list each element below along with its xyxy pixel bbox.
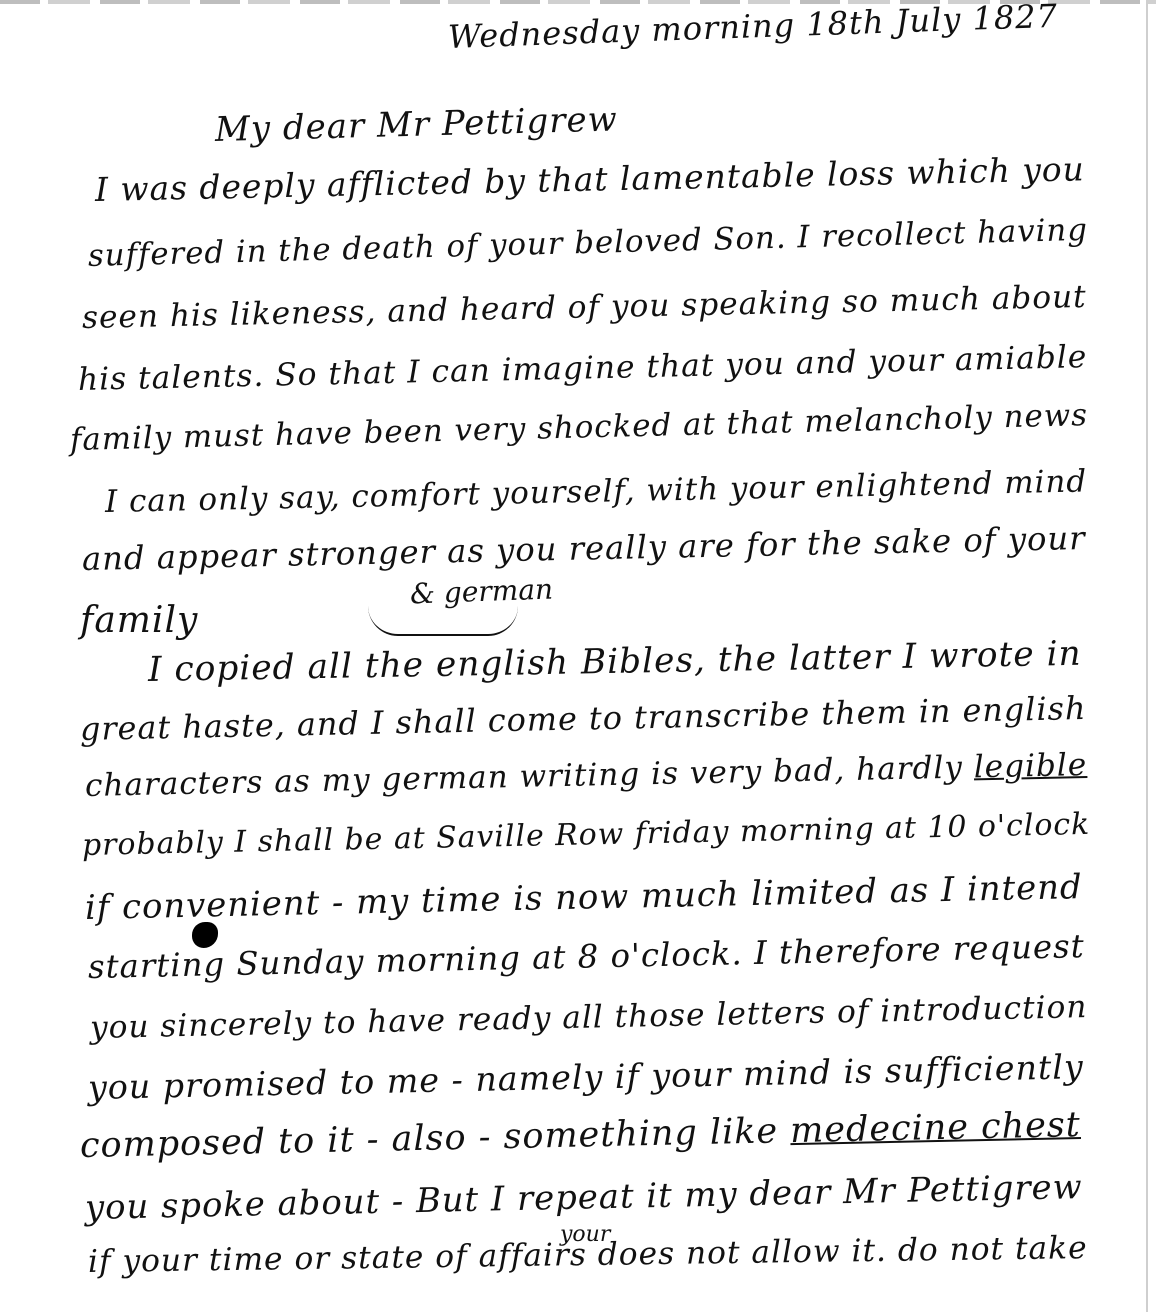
letter-line-18: you spoke about - But I repeat it my dea… — [85, 1167, 1083, 1227]
letter-line-6: I can only say, comfort yourself, with y… — [105, 463, 1088, 520]
letter-line-5: family must have been very shocked at th… — [70, 397, 1089, 458]
letter-line-2: suffered in the death of your beloved So… — [88, 212, 1089, 274]
ink-blot — [192, 922, 218, 948]
letter-line-9: I copied all the english Bibles, the lat… — [148, 634, 1082, 690]
letter-line-1: I was deeply afflicted by that lamentabl… — [95, 149, 1086, 209]
letter-line-16: you promised to me - namely if your mind… — [88, 1047, 1084, 1107]
letter-line-8: family — [80, 600, 198, 641]
letter-line-14: starting Sunday morning at 8 o'clock. I … — [88, 927, 1085, 986]
letter-line-19: if your time or state of affairs does no… — [88, 1230, 1088, 1280]
letter-line-10: great haste, and I shall come to transcr… — [80, 689, 1087, 748]
insertion-caret-mark — [368, 606, 518, 636]
letter-line-4: his talents. So that I can imagine that … — [78, 339, 1088, 398]
insertion-german: & german — [409, 573, 553, 611]
letter-page: Wednesday morning 18th July 1827 My dear… — [0, 0, 1156, 1312]
scan-right-edge — [1146, 0, 1148, 1312]
letter-line-12: probably I shall be at Saville Row frida… — [82, 807, 1091, 863]
letter-line-3: seen his likeness, and heard of you spea… — [82, 279, 1087, 336]
salutation: My dear Mr Pettigrew — [214, 99, 618, 150]
underlined-word: medecine chest — [790, 1105, 1081, 1151]
underlined-word: legible — [973, 747, 1087, 785]
letter-line-15: you sincerely to have ready all those le… — [90, 989, 1088, 1046]
letter-line-7: and appear stronger as you really are fo… — [82, 519, 1086, 578]
letter-line-11: characters as my german writing is very … — [85, 747, 1088, 804]
letter-line-17: composed to it - also - something like m… — [80, 1105, 1082, 1166]
dateline: Wednesday morning 18th July 1827 — [447, 0, 1058, 56]
letter-line-13: if convenient - my time is now much limi… — [85, 867, 1083, 927]
